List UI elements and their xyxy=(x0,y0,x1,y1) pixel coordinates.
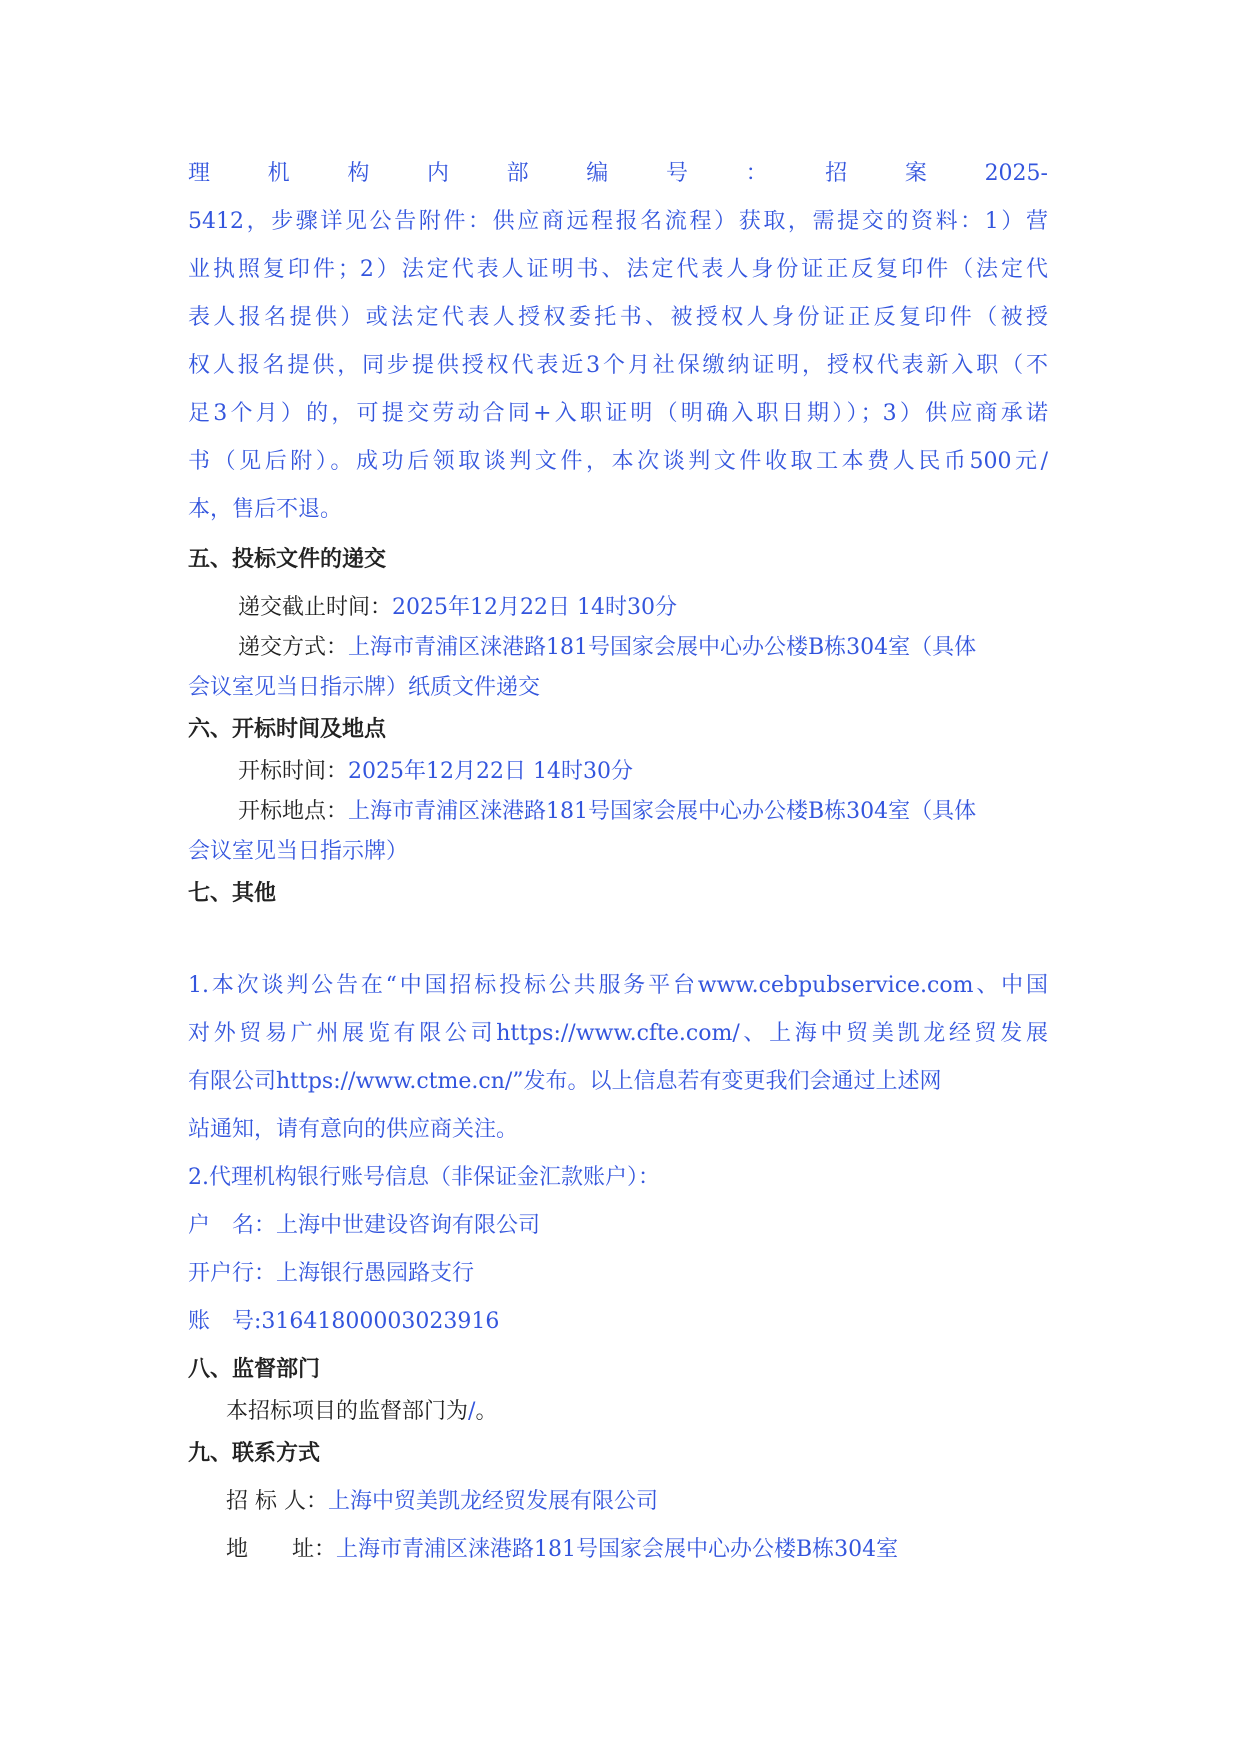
method-row: 递交方式：上海市青浦区涞港路181号国家会展中心办公楼B栋304室（具体 xyxy=(238,634,976,662)
account-name: 户 名：上海中世建设咨询有限公司 xyxy=(188,1212,540,1240)
section-heading: 六、开标时间及地点 xyxy=(188,716,386,744)
supervision-text: 本招标项目的监督部门为/。 xyxy=(226,1398,497,1426)
value: 上海市青浦区涞港路181号国家会展中心办公楼B栋304室（具体 xyxy=(348,799,976,824)
paragraph-line: 对外贸易广州展览有限公司https://www.cfte.com/、上海中贸美凯… xyxy=(188,1020,1048,1048)
label: 递交方式： xyxy=(238,635,348,660)
paragraph-line: 表人报名提供）或法定代表人授权委托书、被授权人身份证正反复印件（被授 xyxy=(188,304,1048,332)
paragraph-line: 足3个月）的，可提交劳动合同+入职证明（明确入职日期））；3）供应商承诺 xyxy=(188,400,1048,428)
section-heading: 九、联系方式 xyxy=(188,1440,320,1468)
tenderer-row: 招 标 人：上海中贸美凯龙经贸发展有限公司 xyxy=(226,1488,658,1516)
paragraph-line: 会议室见当日指示牌）纸质文件递交 xyxy=(188,674,540,702)
value: 2025年12月22日 14时30分 xyxy=(392,595,677,620)
label: 招 标 人： xyxy=(226,1489,328,1514)
paragraph-line: 1.本次谈判公告在“中国招标投标公共服务平台www.cebpubservice.… xyxy=(188,972,1048,1000)
value: 上海中贸美凯龙经贸发展有限公司 xyxy=(328,1489,658,1514)
account-number: 账 号:31641800003023916 xyxy=(188,1308,499,1336)
text: 。 xyxy=(475,1399,497,1424)
deadline-row: 递交截止时间：2025年12月22日 14时30分 xyxy=(238,594,677,622)
section-heading: 五、投标文件的递交 xyxy=(188,546,386,574)
paragraph-line: 有限公司https://www.ctme.cn/”发布。以上信息若有变更我们会通… xyxy=(188,1068,942,1096)
paragraph-line: 理机构内部编号：招案2025- xyxy=(188,160,1048,188)
value: 上海市青浦区涞港路181号国家会展中心办公楼B栋304室 xyxy=(336,1537,898,1562)
section-heading: 七、其他 xyxy=(188,880,276,908)
label: 递交截止时间： xyxy=(238,595,392,620)
open-place-row: 开标地点：上海市青浦区涞港路181号国家会展中心办公楼B栋304室（具体 xyxy=(238,798,976,826)
section-heading: 八、监督部门 xyxy=(188,1356,320,1384)
paragraph-line: 业执照复印件；2）法定代表人证明书、法定代表人身份证正反复印件（法定代 xyxy=(188,256,1048,284)
paragraph-line: 5412，步骤详见公告附件：供应商远程报名流程）获取，需提交的资料：1）营 xyxy=(188,208,1048,236)
address-row: 地 址：上海市青浦区涞港路181号国家会展中心办公楼B栋304室 xyxy=(226,1536,898,1564)
paragraph-line: 会议室见当日指示牌） xyxy=(188,838,408,866)
open-time-row: 开标时间：2025年12月22日 14时30分 xyxy=(238,758,633,786)
value: 上海市青浦区涞港路181号国家会展中心办公楼B栋304室（具体 xyxy=(348,635,976,660)
paragraph-line: 本，售后不退。 xyxy=(188,496,342,524)
paragraph-line: 书（见后附）。成功后领取谈判文件，本次谈判文件收取工本费人民币500元/ xyxy=(188,448,1048,476)
text: 本招标项目的监督部门为 xyxy=(226,1399,468,1424)
label: 开标时间： xyxy=(238,759,348,784)
label: 开标地点： xyxy=(238,799,348,824)
paragraph-line: 权人报名提供，同步提供授权代表近3个月社保缴纳证明，授权代表新入职（不 xyxy=(188,352,1048,380)
label: 地 址： xyxy=(226,1537,336,1562)
paragraph-line: 2.代理机构银行账号信息（非保证金汇款账户）： xyxy=(188,1164,660,1192)
bank-name: 开户行：上海银行愚园路支行 xyxy=(188,1260,474,1288)
value: 2025年12月22日 14时30分 xyxy=(348,759,633,784)
paragraph-line: 站通知，请有意向的供应商关注。 xyxy=(188,1116,518,1144)
